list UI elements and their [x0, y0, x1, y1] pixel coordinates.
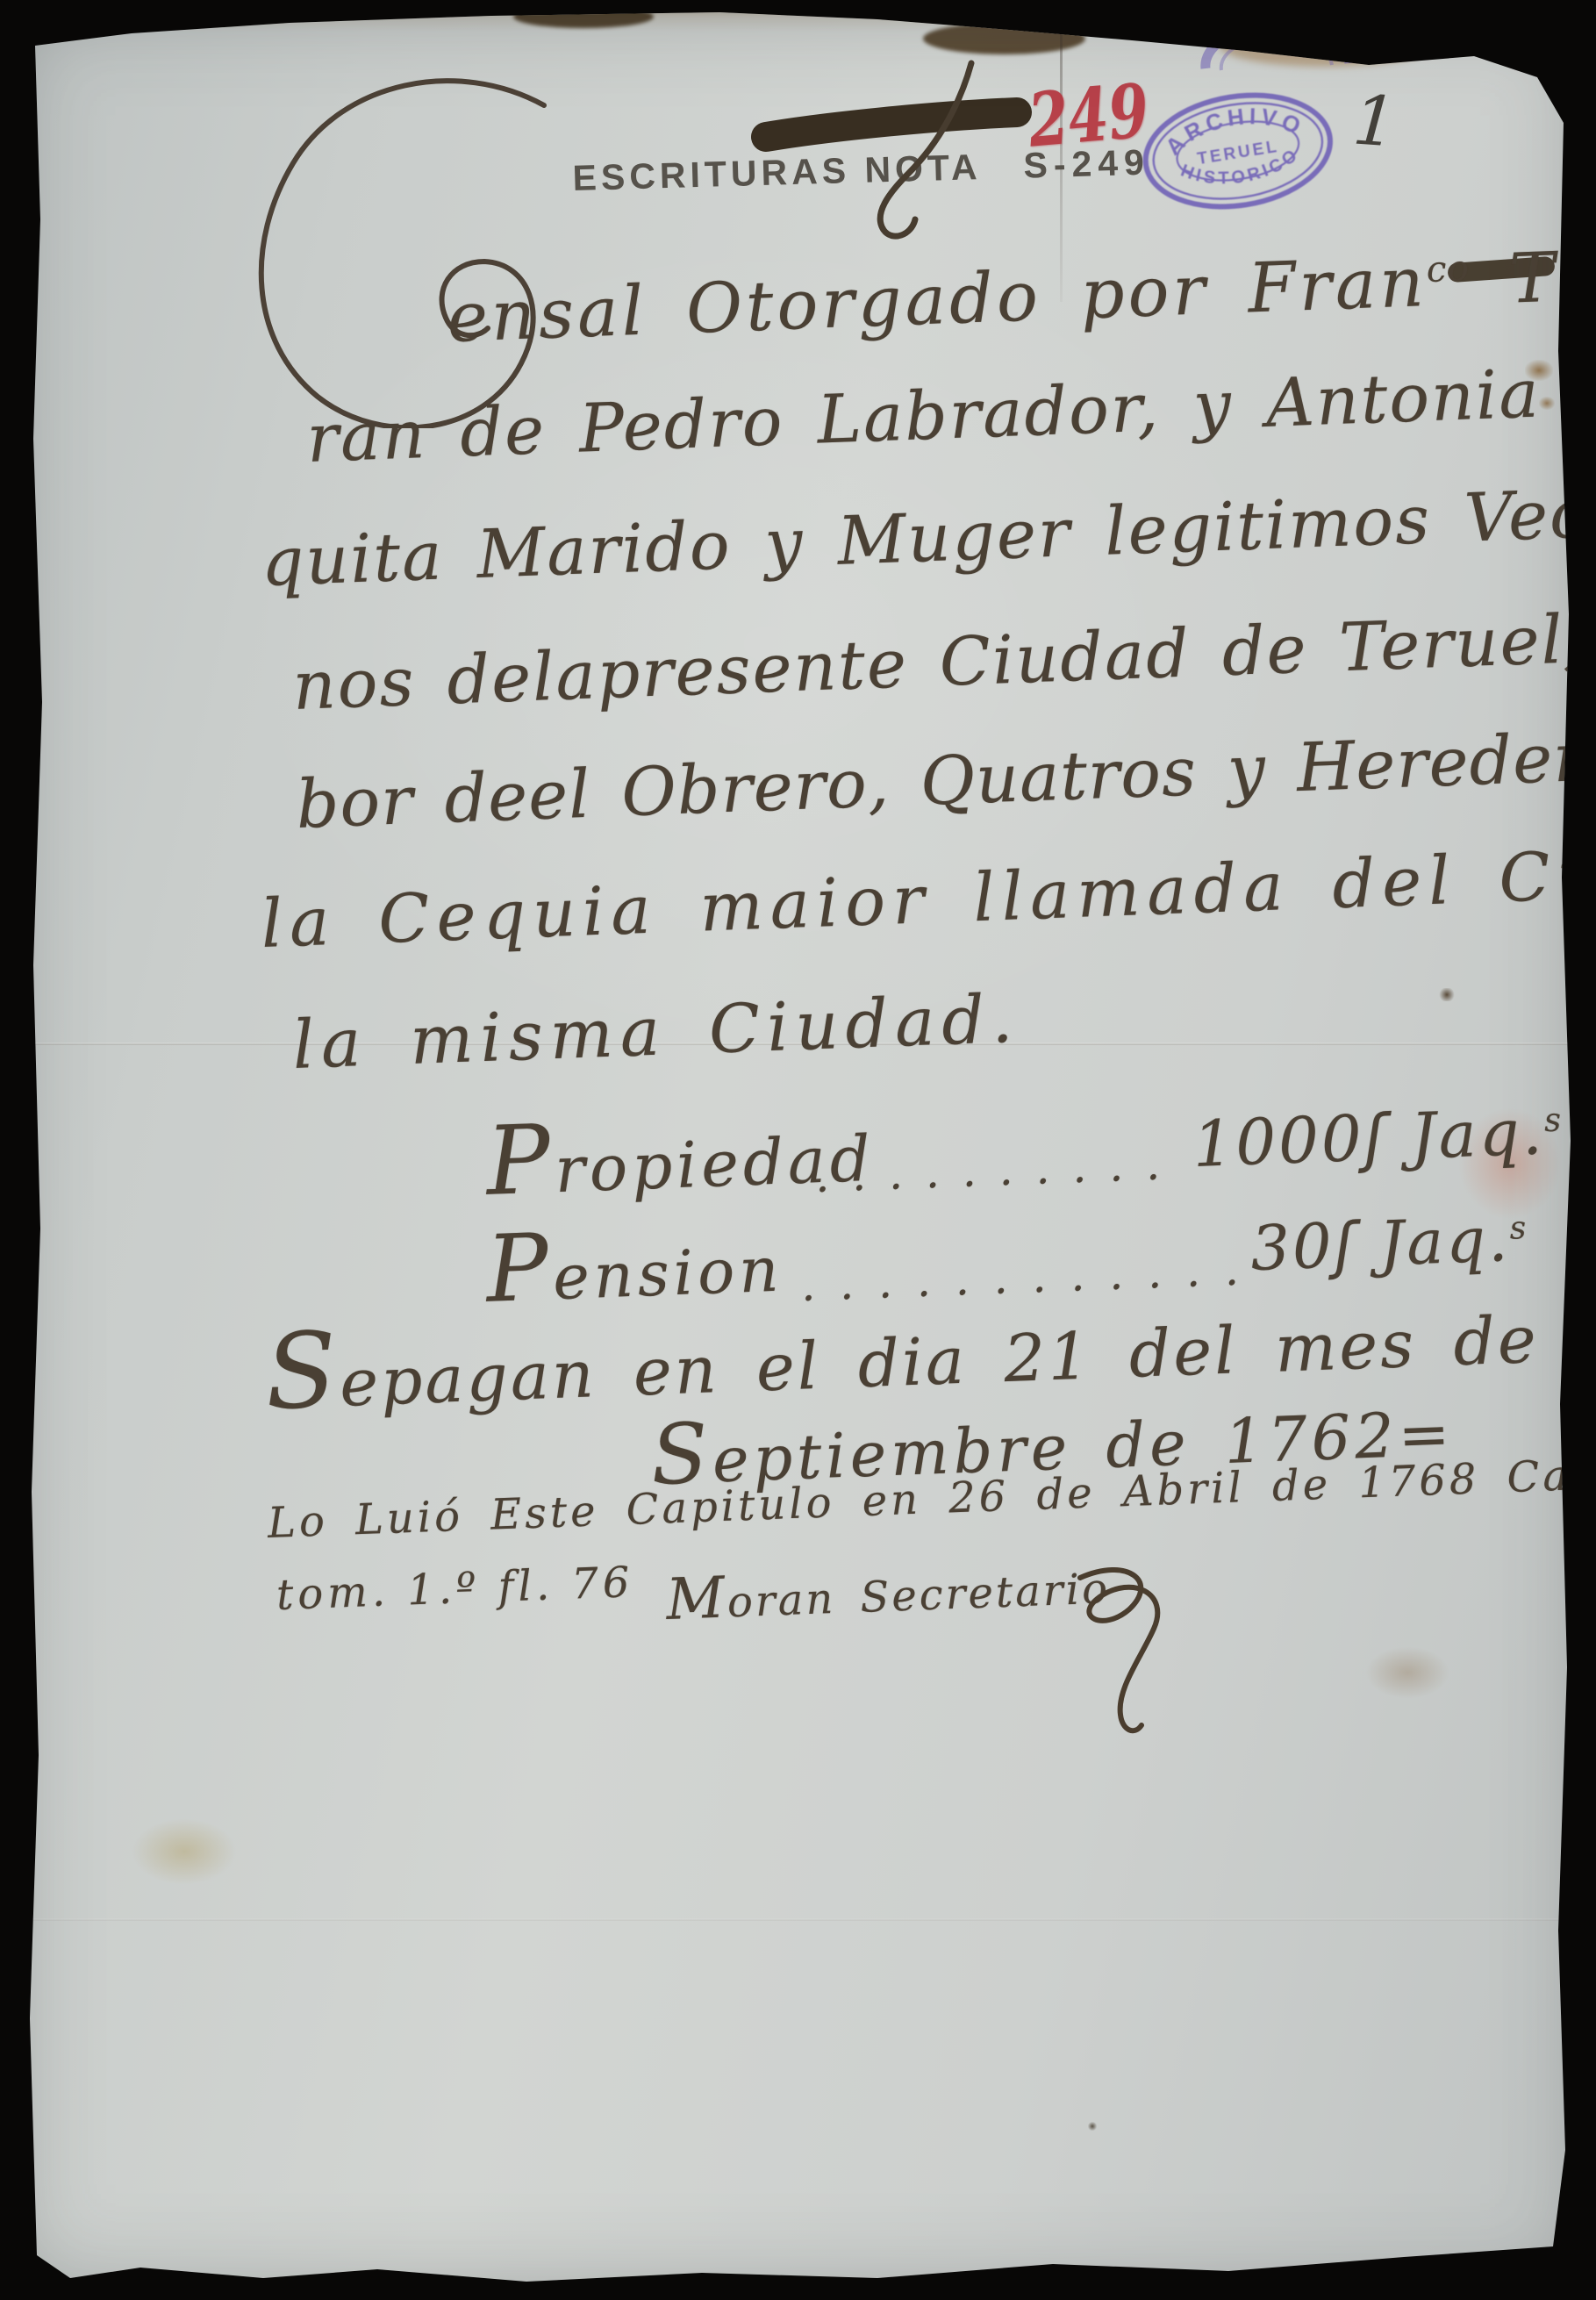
body-line-7: la misma Ciudad.	[291, 979, 1021, 1084]
currency-sign: ʃ	[1363, 1100, 1389, 1175]
body-line-1-end: Tho	[1469, 235, 1596, 320]
drop-cap-initial: C	[195, 51, 572, 428]
scanned-archive-page: ESCRITURAS NOTAS-249 249 ARCHIVO TERUEL …	[0, 0, 1596, 2300]
superscript-co: co	[1426, 247, 1471, 290]
ink-speck	[1439, 988, 1455, 1001]
body-line-3: quita Marido y Muger legitimos Veci	[260, 474, 1596, 601]
burn-mark	[513, 5, 654, 28]
body-line-1-text: ensal Otorgado por Fran	[446, 243, 1428, 358]
body-line-6: la Cequia maior llamada del Cubo de	[260, 827, 1596, 963]
body-line-4: nos delapresente Ciudad de Teruel; afa	[291, 594, 1596, 725]
currency-sign: ʃ	[1333, 1209, 1359, 1282]
horizontal-fold-crease	[0, 1918, 1596, 1921]
unit-superscript: s	[1543, 1100, 1563, 1140]
partial-stamp-icon	[1200, 12, 1358, 74]
manuscript-paper: ESCRITURAS NOTAS-249 249 ARCHIVO TERUEL …	[0, 0, 1596, 2300]
brown-smudge	[1365, 1646, 1449, 1699]
redemption-note-volume-folio: tom. 1.º fl. 76	[276, 1558, 634, 1620]
folio-number: 1	[1350, 81, 1399, 162]
yellow-stain	[132, 1818, 237, 1885]
unit: Jaq.	[1409, 1094, 1546, 1173]
amount: 1000	[1192, 1101, 1365, 1181]
struck-out-mark	[741, 49, 1040, 260]
ink-speck	[1088, 2122, 1097, 2131]
body-line-5: bor deel Obrero, Quatros y Herederos de	[295, 711, 1596, 843]
unit-superscript: s	[1509, 1208, 1528, 1247]
signature-rubric-flourish	[1022, 1555, 1189, 1757]
ledger-value-propiedad: 1000ʃ Jaq.s	[1192, 1094, 1564, 1181]
deckled-top-edge	[0, 0, 1596, 32]
archive-stamp: ARCHIVO TERUEL HISTORICO	[1128, 71, 1349, 233]
